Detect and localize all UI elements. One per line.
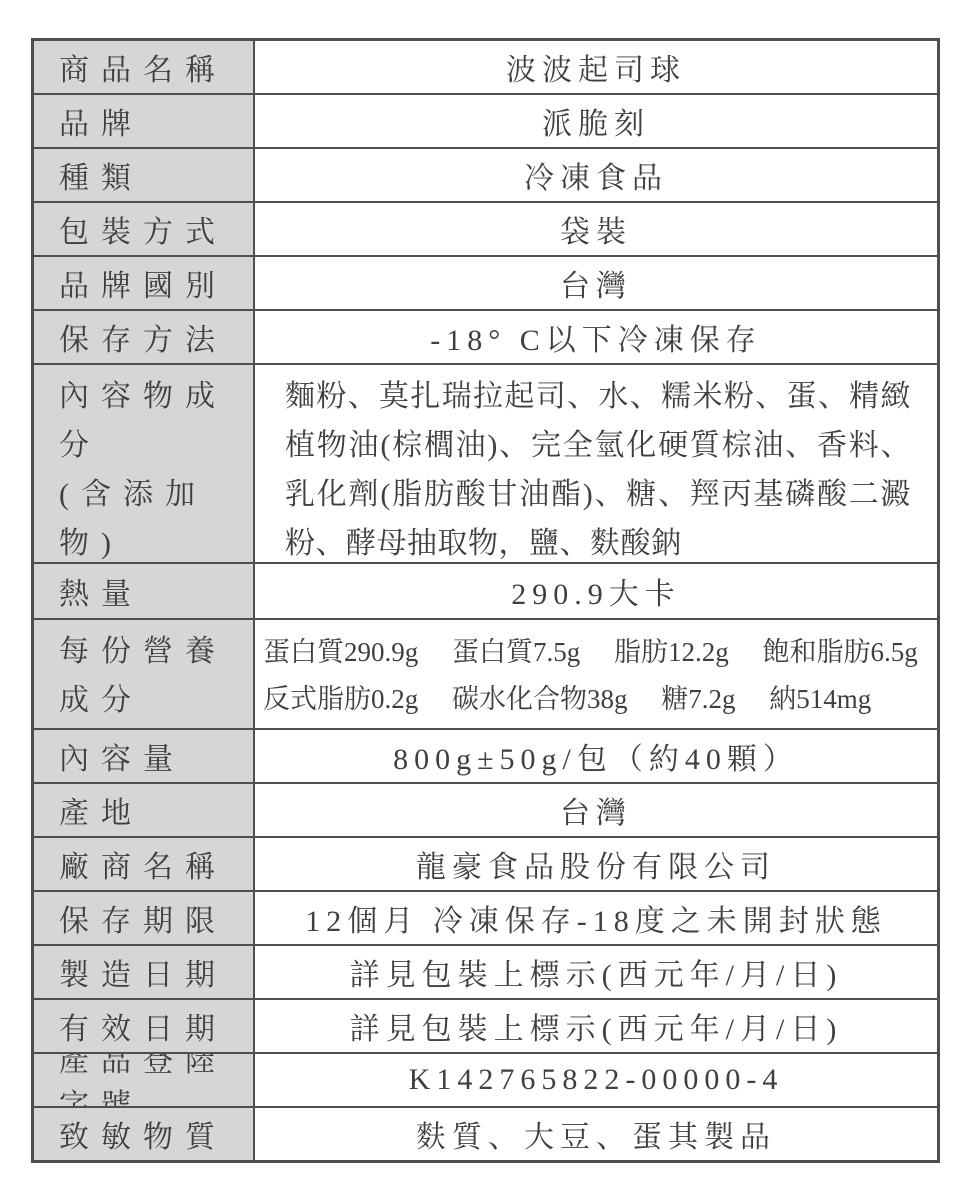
shelf-life-value: 12個月 冷凍保存-18度之未開封狀態 xyxy=(255,892,937,944)
calories-label: 熱量 xyxy=(34,564,255,618)
storage-method-value: -18° C以下冷凍保存 xyxy=(255,311,937,363)
packaging-value: 袋裝 xyxy=(255,203,937,255)
row-manufacturer: 廠商名稱 龍豪食品股份有限公司 xyxy=(34,836,937,890)
row-origin: 產地 台灣 xyxy=(34,782,937,836)
brand-label: 品牌 xyxy=(34,95,255,147)
row-allergens: 致敏物質 麩質、大豆、蛋其製品 xyxy=(34,1106,937,1160)
row-storage-method: 保存方法 -18° C以下冷凍保存 xyxy=(34,309,937,363)
brand-country-value: 台灣 xyxy=(255,257,937,309)
ingredients-value: 麵粉、莫扎瑞拉起司、水、糯米粉、蛋、精緻植物油(棕櫚油)、完全氫化硬質棕油、香料… xyxy=(255,365,937,562)
row-shelf-life: 保存期限 12個月 冷凍保存-18度之未開封狀態 xyxy=(34,890,937,944)
brand-country-label: 品牌國別 xyxy=(34,257,255,309)
product-name-label: 商品名稱 xyxy=(34,41,255,93)
expiry-date-value: 詳見包裝上標示(西元年/月/日) xyxy=(255,1000,937,1052)
allergens-value: 麩質、大豆、蛋其製品 xyxy=(255,1108,937,1160)
calories-value: 290.9大卡 xyxy=(255,564,937,618)
category-label: 種類 xyxy=(34,149,255,201)
origin-label: 產地 xyxy=(34,784,255,836)
row-product-name: 商品名稱 波波起司球 xyxy=(34,41,937,93)
brand-value: 派脆刻 xyxy=(255,95,937,147)
expiry-date-label: 有效日期 xyxy=(34,1000,255,1052)
category-value: 冷凍食品 xyxy=(255,149,937,201)
nutrition-value: 蛋白質290.9g 蛋白質7.5g 脂肪12.2g 飽和脂肪6.5g 反式脂肪0… xyxy=(255,620,937,728)
row-ingredients: 內容物成分 (含添加物) 麵粉、莫扎瑞拉起司、水、糯米粉、蛋、精緻植物油(棕櫚油… xyxy=(34,363,937,562)
packaging-label: 包裝方式 xyxy=(34,203,255,255)
origin-value: 台灣 xyxy=(255,784,937,836)
ingredients-label: 內容物成分 (含添加物) xyxy=(34,365,255,562)
net-content-label: 內容量 xyxy=(34,730,255,782)
storage-method-label: 保存方法 xyxy=(34,311,255,363)
row-net-content: 內容量 800g±50g/包（約40顆） xyxy=(34,728,937,782)
manufacturer-value: 龍豪食品股份有限公司 xyxy=(255,838,937,890)
nutrition-label: 每份營養成分 xyxy=(34,620,255,728)
row-calories: 熱量 290.9大卡 xyxy=(34,562,937,618)
net-content-value: 800g±50g/包（約40顆） xyxy=(255,730,937,782)
page: { "colors": { "label_bg": "#d6d6d6", "bo… xyxy=(0,0,960,1200)
allergens-label: 致敏物質 xyxy=(34,1108,255,1160)
row-brand: 品牌 派脆刻 xyxy=(34,93,937,147)
manufacturer-label: 廠商名稱 xyxy=(34,838,255,890)
manufacture-date-value: 詳見包裝上標示(西元年/月/日) xyxy=(255,946,937,998)
row-category: 種類 冷凍食品 xyxy=(34,147,937,201)
product-info-table: 商品名稱 波波起司球 品牌 派脆刻 種類 冷凍食品 包裝方式 袋裝 品牌國別 台… xyxy=(31,38,940,1163)
row-expiry-date: 有效日期 詳見包裝上標示(西元年/月/日) xyxy=(34,998,937,1052)
row-nutrition: 每份營養成分 蛋白質290.9g 蛋白質7.5g 脂肪12.2g 飽和脂肪6.5… xyxy=(34,618,937,728)
row-manufacture-date: 製造日期 詳見包裝上標示(西元年/月/日) xyxy=(34,944,937,998)
shelf-life-label: 保存期限 xyxy=(34,892,255,944)
row-packaging: 包裝方式 袋裝 xyxy=(34,201,937,255)
row-registration-number: 產品登陸字號 K142765822-00000-4 xyxy=(34,1052,937,1106)
product-name-value: 波波起司球 xyxy=(255,41,937,93)
registration-number-value: K142765822-00000-4 xyxy=(255,1054,937,1106)
manufacture-date-label: 製造日期 xyxy=(34,946,255,998)
registration-number-label: 產品登陸字號 xyxy=(34,1054,255,1106)
row-brand-country: 品牌國別 台灣 xyxy=(34,255,937,309)
